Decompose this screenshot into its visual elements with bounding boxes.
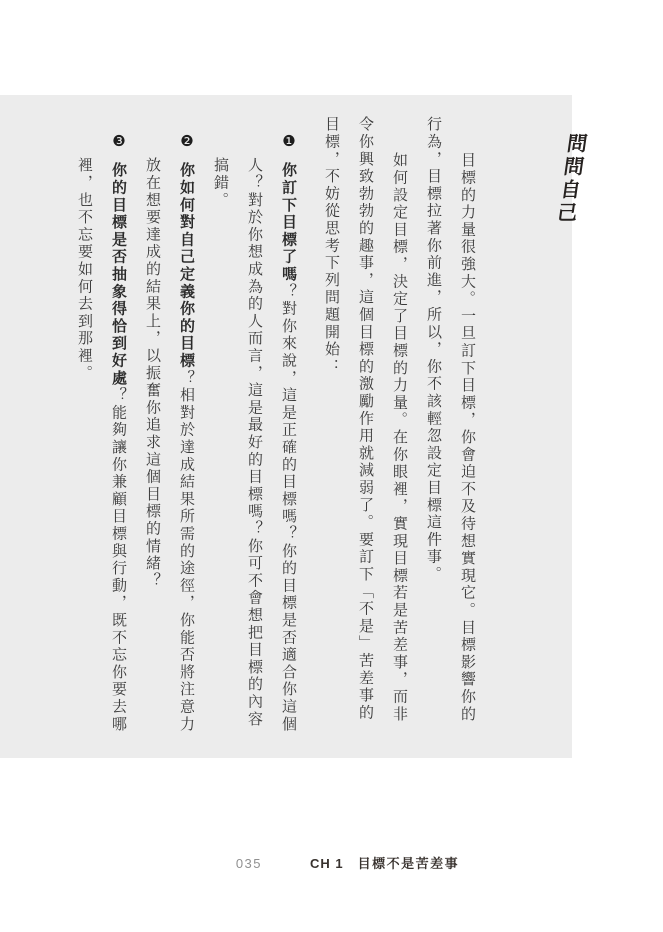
- book-page: 問問自己 目標的力量很強大。一旦訂下目標，你會迫不及待想實現它。目標影響你的行為…: [0, 0, 663, 932]
- chapter-title: 目標不是苦差事: [358, 853, 460, 872]
- question-1-lead: 你訂下目標了嗎: [280, 162, 297, 283]
- number-badge-3-icon: ❸: [110, 132, 127, 150]
- page-number: 035: [236, 856, 262, 871]
- question-item-1: ❶你訂下目標了嗎？對你來說，這是正確的目標嗎？你的目標是否適合你這個人？對於你想…: [203, 116, 305, 736]
- vertical-text-block: 問問自己 目標的力量很強大。一旦訂下目標，你會迫不及待想實現它。目標影響你的行為…: [67, 116, 548, 736]
- number-badge-1-icon: ❶: [280, 132, 297, 150]
- intro-paragraph-1: 目標的力量很強大。一旦訂下目標，你會迫不及待想實現它。目標影響你的行為，目標拉著…: [416, 116, 484, 736]
- section-title: 問問自己: [478, 116, 591, 736]
- question-list: ❶你訂下目標了嗎？對你來說，這是正確的目標嗎？你的目標是否適合你這個人？對於你想…: [67, 116, 305, 736]
- question-item-2: ❷你如何對自己定義你的目標？相對於達成結果所需的途徑，你能否將注意力放在想要達成…: [135, 116, 203, 736]
- number-badge-2-icon: ❷: [178, 132, 195, 150]
- question-3-lead: 你的目標是否抽象得恰到好處: [110, 162, 127, 387]
- page-footer: 035 CH 1 目標不是苦差事: [16, 853, 663, 872]
- chapter-label: CH 1: [310, 856, 344, 871]
- question-2-lead: 你如何對自己定義你的目標: [178, 162, 195, 370]
- content-panel: 問問自己 目標的力量很強大。一旦訂下目標，你會迫不及待想實現它。目標影響你的行為…: [0, 95, 572, 758]
- question-item-3: ❸你的目標是否抽象得恰到好處？能夠讓你兼顧目標與行動，既不忘你要去哪裡，也不忘要…: [67, 116, 135, 736]
- intro-paragraph-2: 如何設定目標，決定了目標的力量。在你眼裡，實現目標若是苦差事，而非令你興致勃勃的…: [314, 116, 416, 736]
